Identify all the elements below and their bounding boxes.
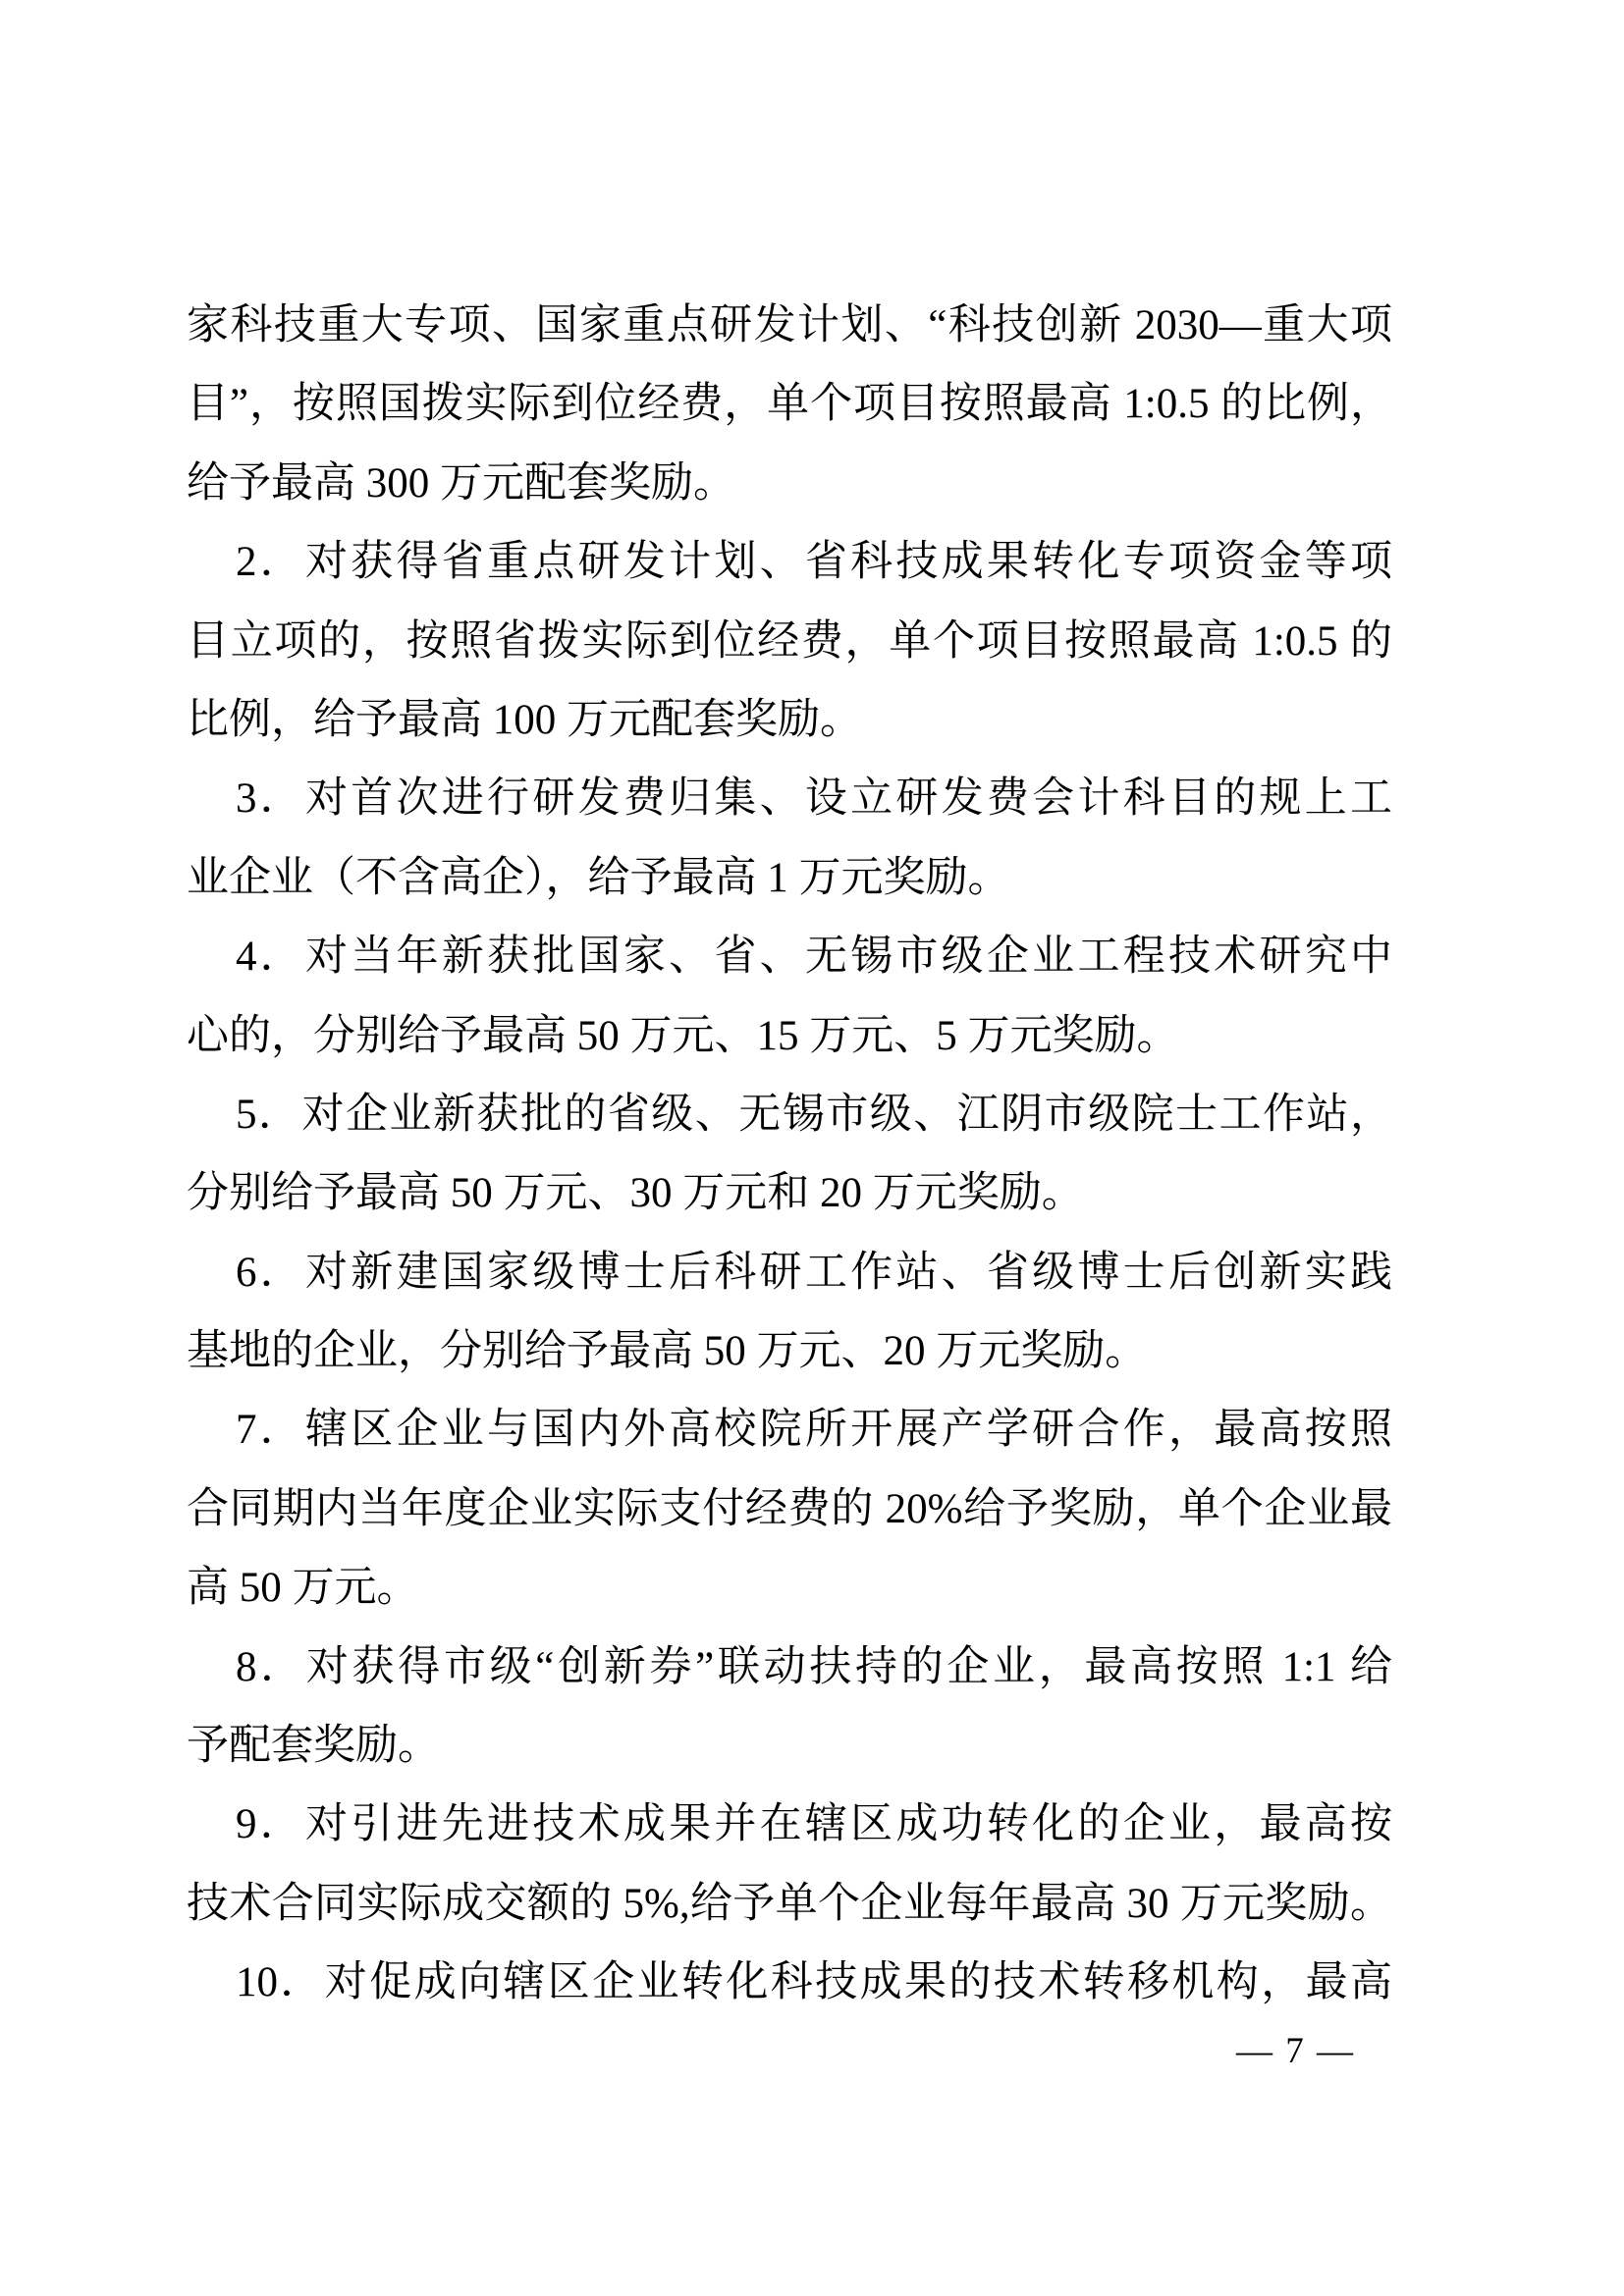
text-line: 4．对当年新获批国家、省、无锡市级企业工程技术研究中 [187,918,1392,996]
text-line: 3．对首次进行研发费归集、设立研发费会计科目的规上工 [187,760,1392,838]
text-line: 家科技重大专项、国家重点研发计划、“科技创新 2030—重大项 [187,287,1392,365]
text-line: 心的，分别给予最高 50 万元、15 万元、5 万元奖励。 [187,997,1392,1076]
text-line: 目”，按照国拨实际到位经费，单个项目按照最高 1:0.5 的比例， [187,365,1392,444]
page-number: — 7 — [187,2032,1355,2071]
document-body: 家科技重大专项、国家重点研发计划、“科技创新 2030—重大项目”，按照国拨实际… [187,287,1392,2023]
text-line: 10．对促成向辖区企业转化科技成果的技术转移机构，最高 [187,1944,1392,2022]
text-line: 7．辖区企业与国内外高校院所开展产学研合作，最高按照 [187,1391,1392,1469]
text-line: 比例，给予最高 100 万元配套奖励。 [187,681,1392,760]
text-line: 6．对新建国家级博士后科研工作站、省级博士后创新实践 [187,1234,1392,1312]
text-line: 2．对获得省重点研发计划、省科技成果转化专项资金等项 [187,523,1392,602]
text-line: 高 50 万元。 [187,1549,1392,1628]
text-line: 分别给予最高 50 万元、30 万元和 20 万元奖励。 [187,1154,1392,1233]
text-line: 5．对企业新获批的省级、无锡市级、江阴市级院士工作站， [187,1076,1392,1154]
text-line: 目立项的，按照省拨实际到位经费，单个项目按照最高 1:0.5 的 [187,603,1392,681]
text-line: 9．对引进先进技术成果并在辖区成功转化的企业，最高按 [187,1786,1392,1864]
text-line: 技术合同实际成交额的 5%,给予单个企业每年最高 30 万元奖励。 [187,1865,1392,1944]
text-line: 业企业（不含高企），给予最高 1 万元奖励。 [187,839,1392,918]
text-line: 给予最高 300 万元配套奖励。 [187,445,1392,523]
text-line: 8．对获得市级“创新券”联动扶持的企业，最高按照 1:1 给 [187,1629,1392,1707]
text-line: 予配套奖励。 [187,1707,1392,1786]
document-page: 家科技重大专项、国家重点研发计划、“科技创新 2030—重大项目”，按照国拨实际… [0,0,1624,2296]
text-line: 合同期内当年度企业实际支付经费的 20%给予奖励，单个企业最 [187,1470,1392,1549]
text-line: 基地的企业，分别给予最高 50 万元、20 万元奖励。 [187,1312,1392,1391]
